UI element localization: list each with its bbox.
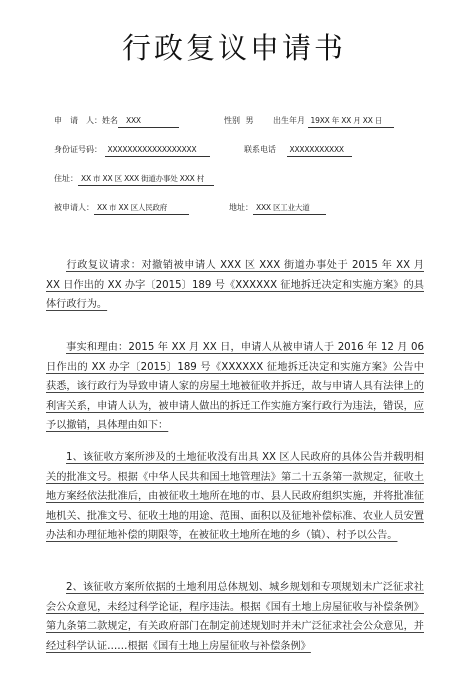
applicant-label: 申 请 人：姓名 (54, 115, 118, 127)
gender-value: 男 (246, 115, 254, 127)
address-value: XX 市 XX 区 XXX 街道办事处 XXX 村 (78, 173, 214, 186)
document-page: 行政复议申请书 申 请 人：姓名XXX 性别 男 出生年月 19XX 年 XX … (0, 0, 468, 689)
gender-field: 性别 男 (224, 115, 254, 127)
respondent-address-label: 地址： (229, 202, 253, 214)
birth-field: 出生年月 19XX 年 XX 月 XX 日 (273, 115, 394, 128)
birth-label: 出生年月 (273, 115, 305, 127)
gender-label: 性别 (224, 115, 240, 127)
reason-2-paragraph: 2、该征收方案所依据的土地利用总体规划、城乡规划和专项规划未广泛征求社会公众意见… (46, 578, 424, 656)
request-paragraph: 行政复议请求：对撤销被申请人 XXX 区 XXX 街道办事处于 2015 年 X… (46, 256, 424, 315)
respondent-label: 被申请人： (54, 202, 94, 214)
reason-1-paragraph: 1、该征收方案所涉及的土地征收没有出具 XX 区人民政府的具体公告并载明相关的批… (46, 448, 424, 546)
address-row: 住址：XX 市 XX 区 XXX 街道办事处 XXX 村 (54, 173, 214, 186)
facts-paragraph: 事实和理由：2015 年 XX 月 XX 日，申请人从被申请人于 2016 年 … (46, 338, 424, 436)
respondent-name: XX 市 XX 区人民政府 (94, 202, 189, 215)
document-title: 行政复议申请书 (0, 26, 468, 67)
respondent-row: 被申请人：XX 市 XX 区人民政府 (54, 202, 189, 215)
respondent-address-field: 地址：XXX 区工业大道 (229, 202, 326, 215)
id-number: XXXXXXXXXXXXXXXXXX (105, 144, 211, 157)
phone-value: XXXXXXXXXXX (287, 144, 352, 157)
address-label: 住址： (54, 173, 78, 185)
applicant-name: XXX (118, 115, 179, 128)
id-label: 身份证号码： (54, 144, 102, 156)
respondent-address-value: XXX 区工业大道 (253, 202, 326, 215)
birth-value: 19XX 年 XX 月 XX 日 (308, 115, 395, 128)
id-row: 身份证号码： XXXXXXXXXXXXXXXXXX (54, 144, 210, 157)
phone-label: 联系电话 (244, 144, 276, 156)
phone-field: 联系电话 XXXXXXXXXXX (244, 144, 352, 157)
applicant-row: 申 请 人：姓名XXX (54, 115, 179, 128)
